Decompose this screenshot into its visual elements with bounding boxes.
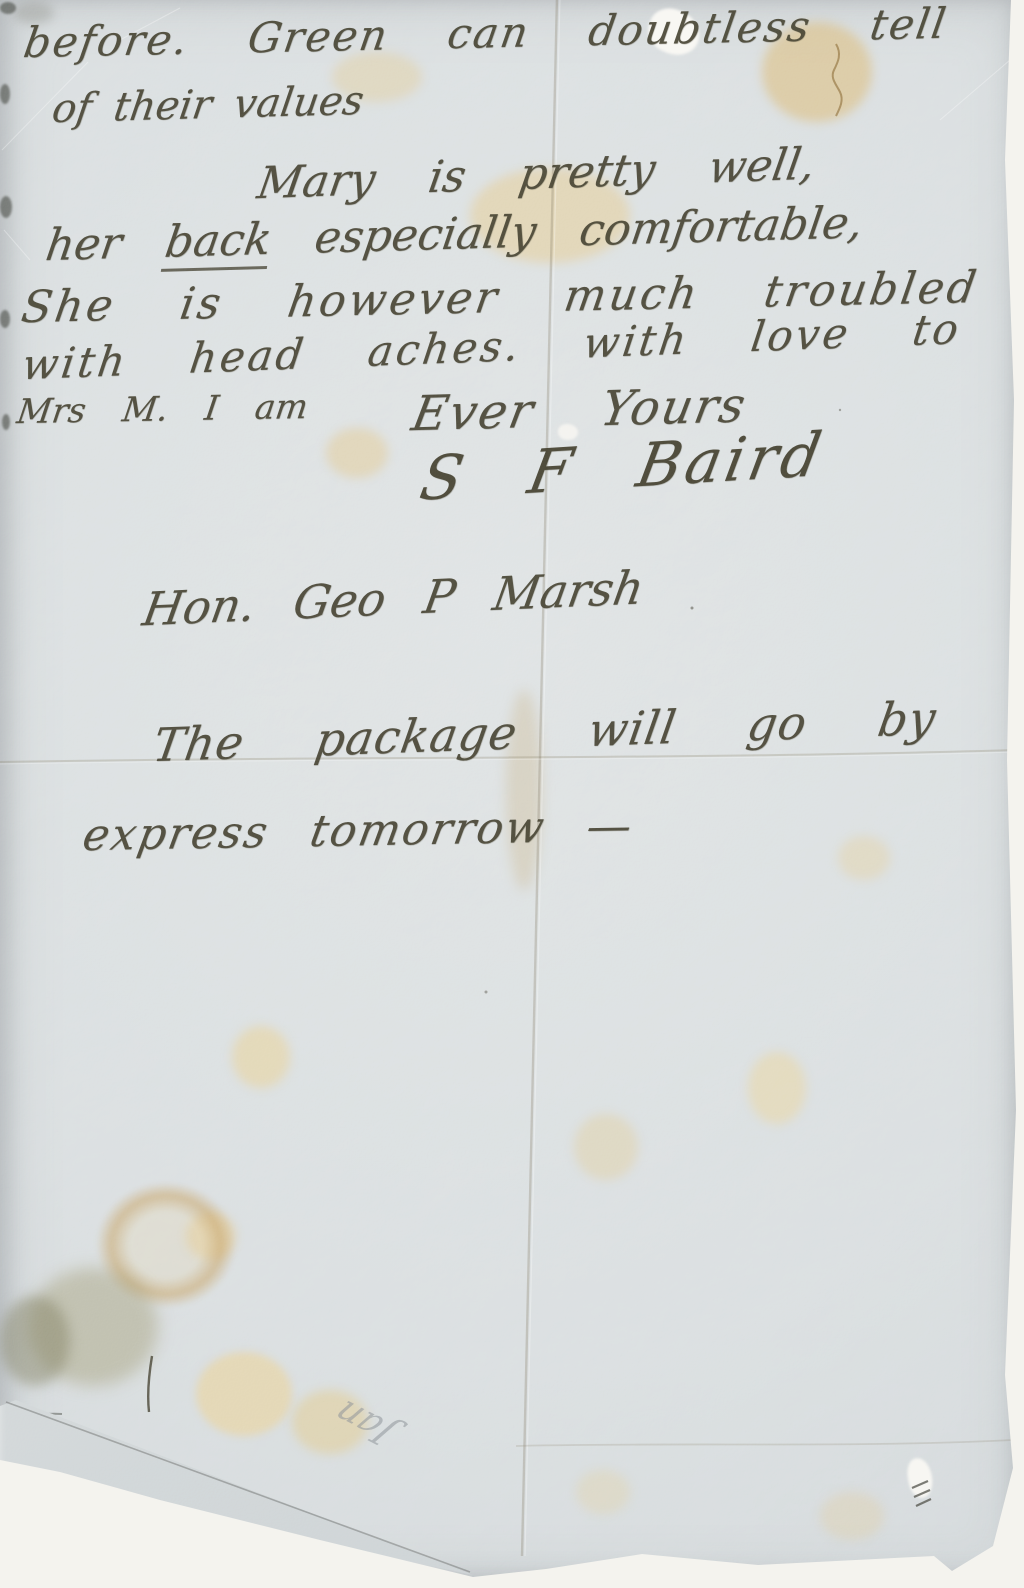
letter-line-4: her back especially comfortable, [42,197,866,271]
letter-line-2: of their values [49,78,367,132]
letter-scan: before. Green can doubtless tell of thei… [0,0,1024,1588]
letter-line-3: Mary is pretty well, [254,139,819,210]
stain [820,1492,884,1540]
speck [485,991,488,994]
stain [574,1114,638,1180]
letter-paper-sheet: before. Green can doubtless tell of thei… [0,0,1024,1588]
addressee-line: Hon. Geo P Marsh [139,560,648,636]
edge-nick [0,84,10,104]
stain [326,428,388,478]
postscript-line-2: express tomorrow — [79,800,638,861]
postscript-line-1: The package will go by [149,691,940,773]
edge-nick [0,2,16,14]
letter-line-4-pre: her [42,217,169,272]
letter-line-7: Mrs M. I am [14,387,310,432]
edge-nick [2,414,10,430]
tear-mark [905,1457,934,1500]
stray-ink-stroke [148,1356,152,1412]
lower-crease [516,1440,1012,1446]
stain [576,1470,630,1514]
stain [838,836,890,880]
stain [232,1026,290,1088]
stain [748,1052,806,1124]
speck [839,409,841,411]
letter-line-4-post: especially comfortable, [267,197,866,265]
stain [0,1296,70,1386]
edge-nick [0,310,10,328]
speck [691,607,694,610]
underlined-word: back [161,214,275,272]
edge-nick [0,196,12,218]
stray-dash [0,1414,62,1422]
stain [196,1352,292,1436]
